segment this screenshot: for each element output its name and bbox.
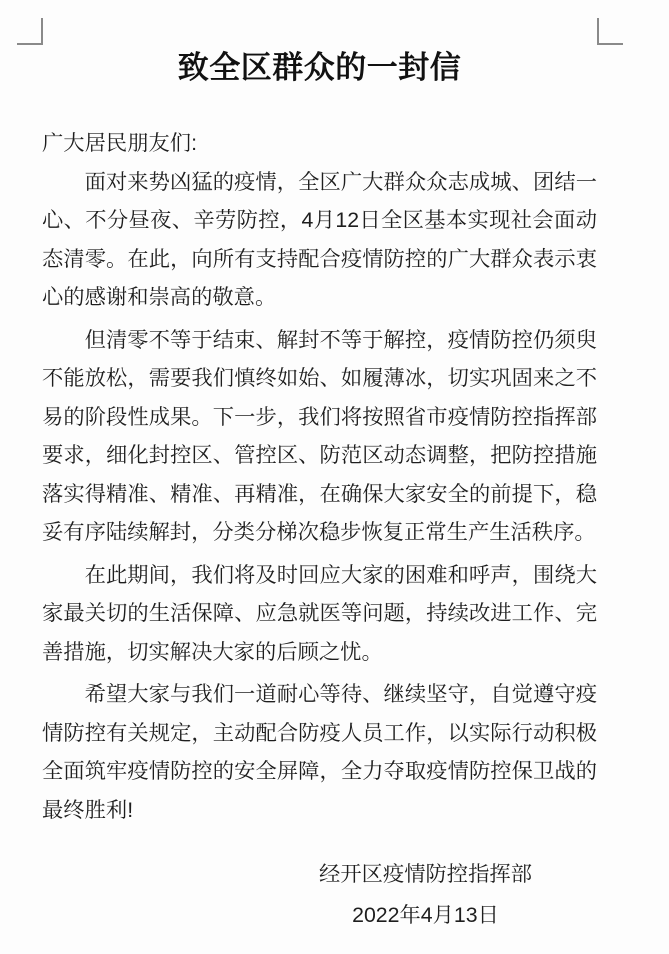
signature-date: 2022年4月13日 (319, 896, 532, 935)
letter-paragraph: 但清零不等于结束、解封不等于解控，疫情防控仍须臾不能放松，需要我们慎终如始、如履… (42, 321, 597, 552)
letter-paragraph: 面对来势凶猛的疫情，全区广大群众众志成城、团结一心、不分昼夜、辛劳防控，4月12… (42, 163, 597, 317)
document-page: 致全区群众的一封信 广大居民朋友们: 面对来势凶猛的疫情，全区广大群众众志成城、… (0, 0, 669, 954)
letter-salutation: 广大居民朋友们: (42, 124, 597, 163)
letter-paragraph: 希望大家与我们一道耐心等待、继续坚守，自觉遵守疫情防控有关规定，主动配合防疫人员… (42, 675, 597, 829)
letter-title: 致全区群众的一封信 (42, 48, 597, 88)
margin-crop-mark-left-icon (17, 18, 43, 45)
margin-crop-mark-right-icon (597, 18, 623, 45)
signature-organization: 经开区疫情防控指挥部 (319, 855, 532, 894)
signature-block: 经开区疫情防控指挥部 2022年4月13日 (319, 855, 532, 934)
letter-paragraph: 在此期间，我们将及时回应大家的困难和呼声，围绕大家最关切的生活保障、应急就医等问… (42, 556, 597, 672)
letter-body: 广大居民朋友们: 面对来势凶猛的疫情，全区广大群众众志成城、团结一心、不分昼夜、… (42, 124, 597, 829)
letter-content: 致全区群众的一封信 广大居民朋友们: 面对来势凶猛的疫情，全区广大群众众志成城、… (42, 0, 597, 934)
